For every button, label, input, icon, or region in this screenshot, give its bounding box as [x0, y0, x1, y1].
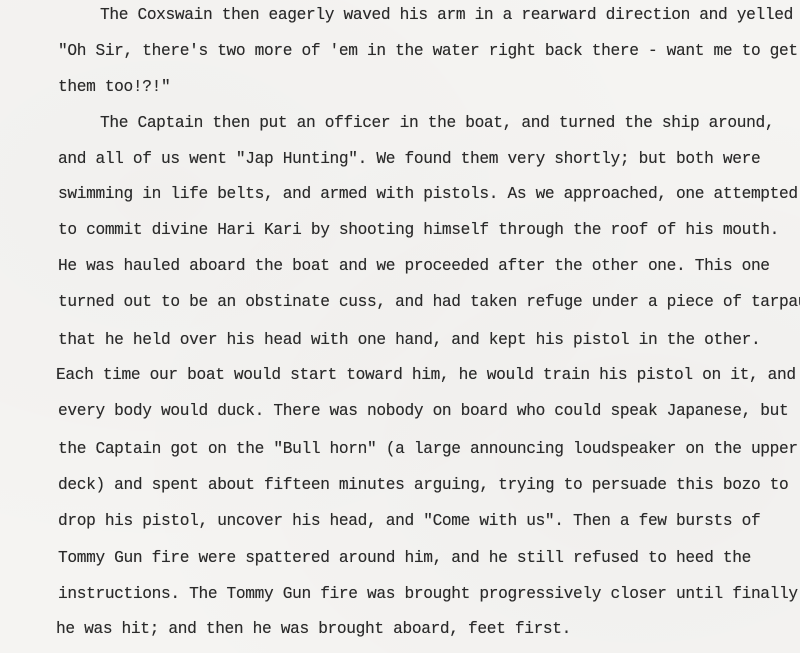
text-line: he was hit; and then he was brought aboa…: [56, 620, 571, 638]
text-line: them too!?!": [58, 78, 170, 96]
text-line: He was hauled aboard the boat and we pro…: [58, 257, 770, 275]
text-line: and all of us went "Jap Hunting". We fou…: [58, 150, 760, 168]
text-line: turned out to be an obstinate cuss, and …: [58, 293, 800, 311]
text-line: to commit divine Hari Kari by shooting h…: [58, 221, 779, 239]
text-line: that he held over his head with one hand…: [58, 331, 760, 349]
text-line: "Oh Sir, there's two more of 'em in the …: [58, 42, 798, 60]
text-line: Tommy Gun fire were spattered around him…: [58, 549, 751, 567]
text-line: drop his pistol, uncover his head, and "…: [58, 512, 760, 530]
text-line: deck) and spent about fifteen minutes ar…: [58, 476, 788, 494]
text-line: swimming in life belts, and armed with p…: [58, 185, 798, 203]
text-line: The Captain then put an officer in the b…: [100, 114, 774, 132]
text-line: the Captain got on the "Bull horn" (a la…: [58, 440, 798, 458]
text-line: Each time our boat would start toward hi…: [56, 366, 796, 384]
text-line: instructions. The Tommy Gun fire was bro…: [58, 585, 798, 603]
typewritten-page: The Coxswain then eagerly waved his arm …: [0, 0, 800, 653]
text-line: The Coxswain then eagerly waved his arm …: [100, 6, 793, 24]
text-line: every body would duck. There was nobody …: [58, 402, 788, 420]
